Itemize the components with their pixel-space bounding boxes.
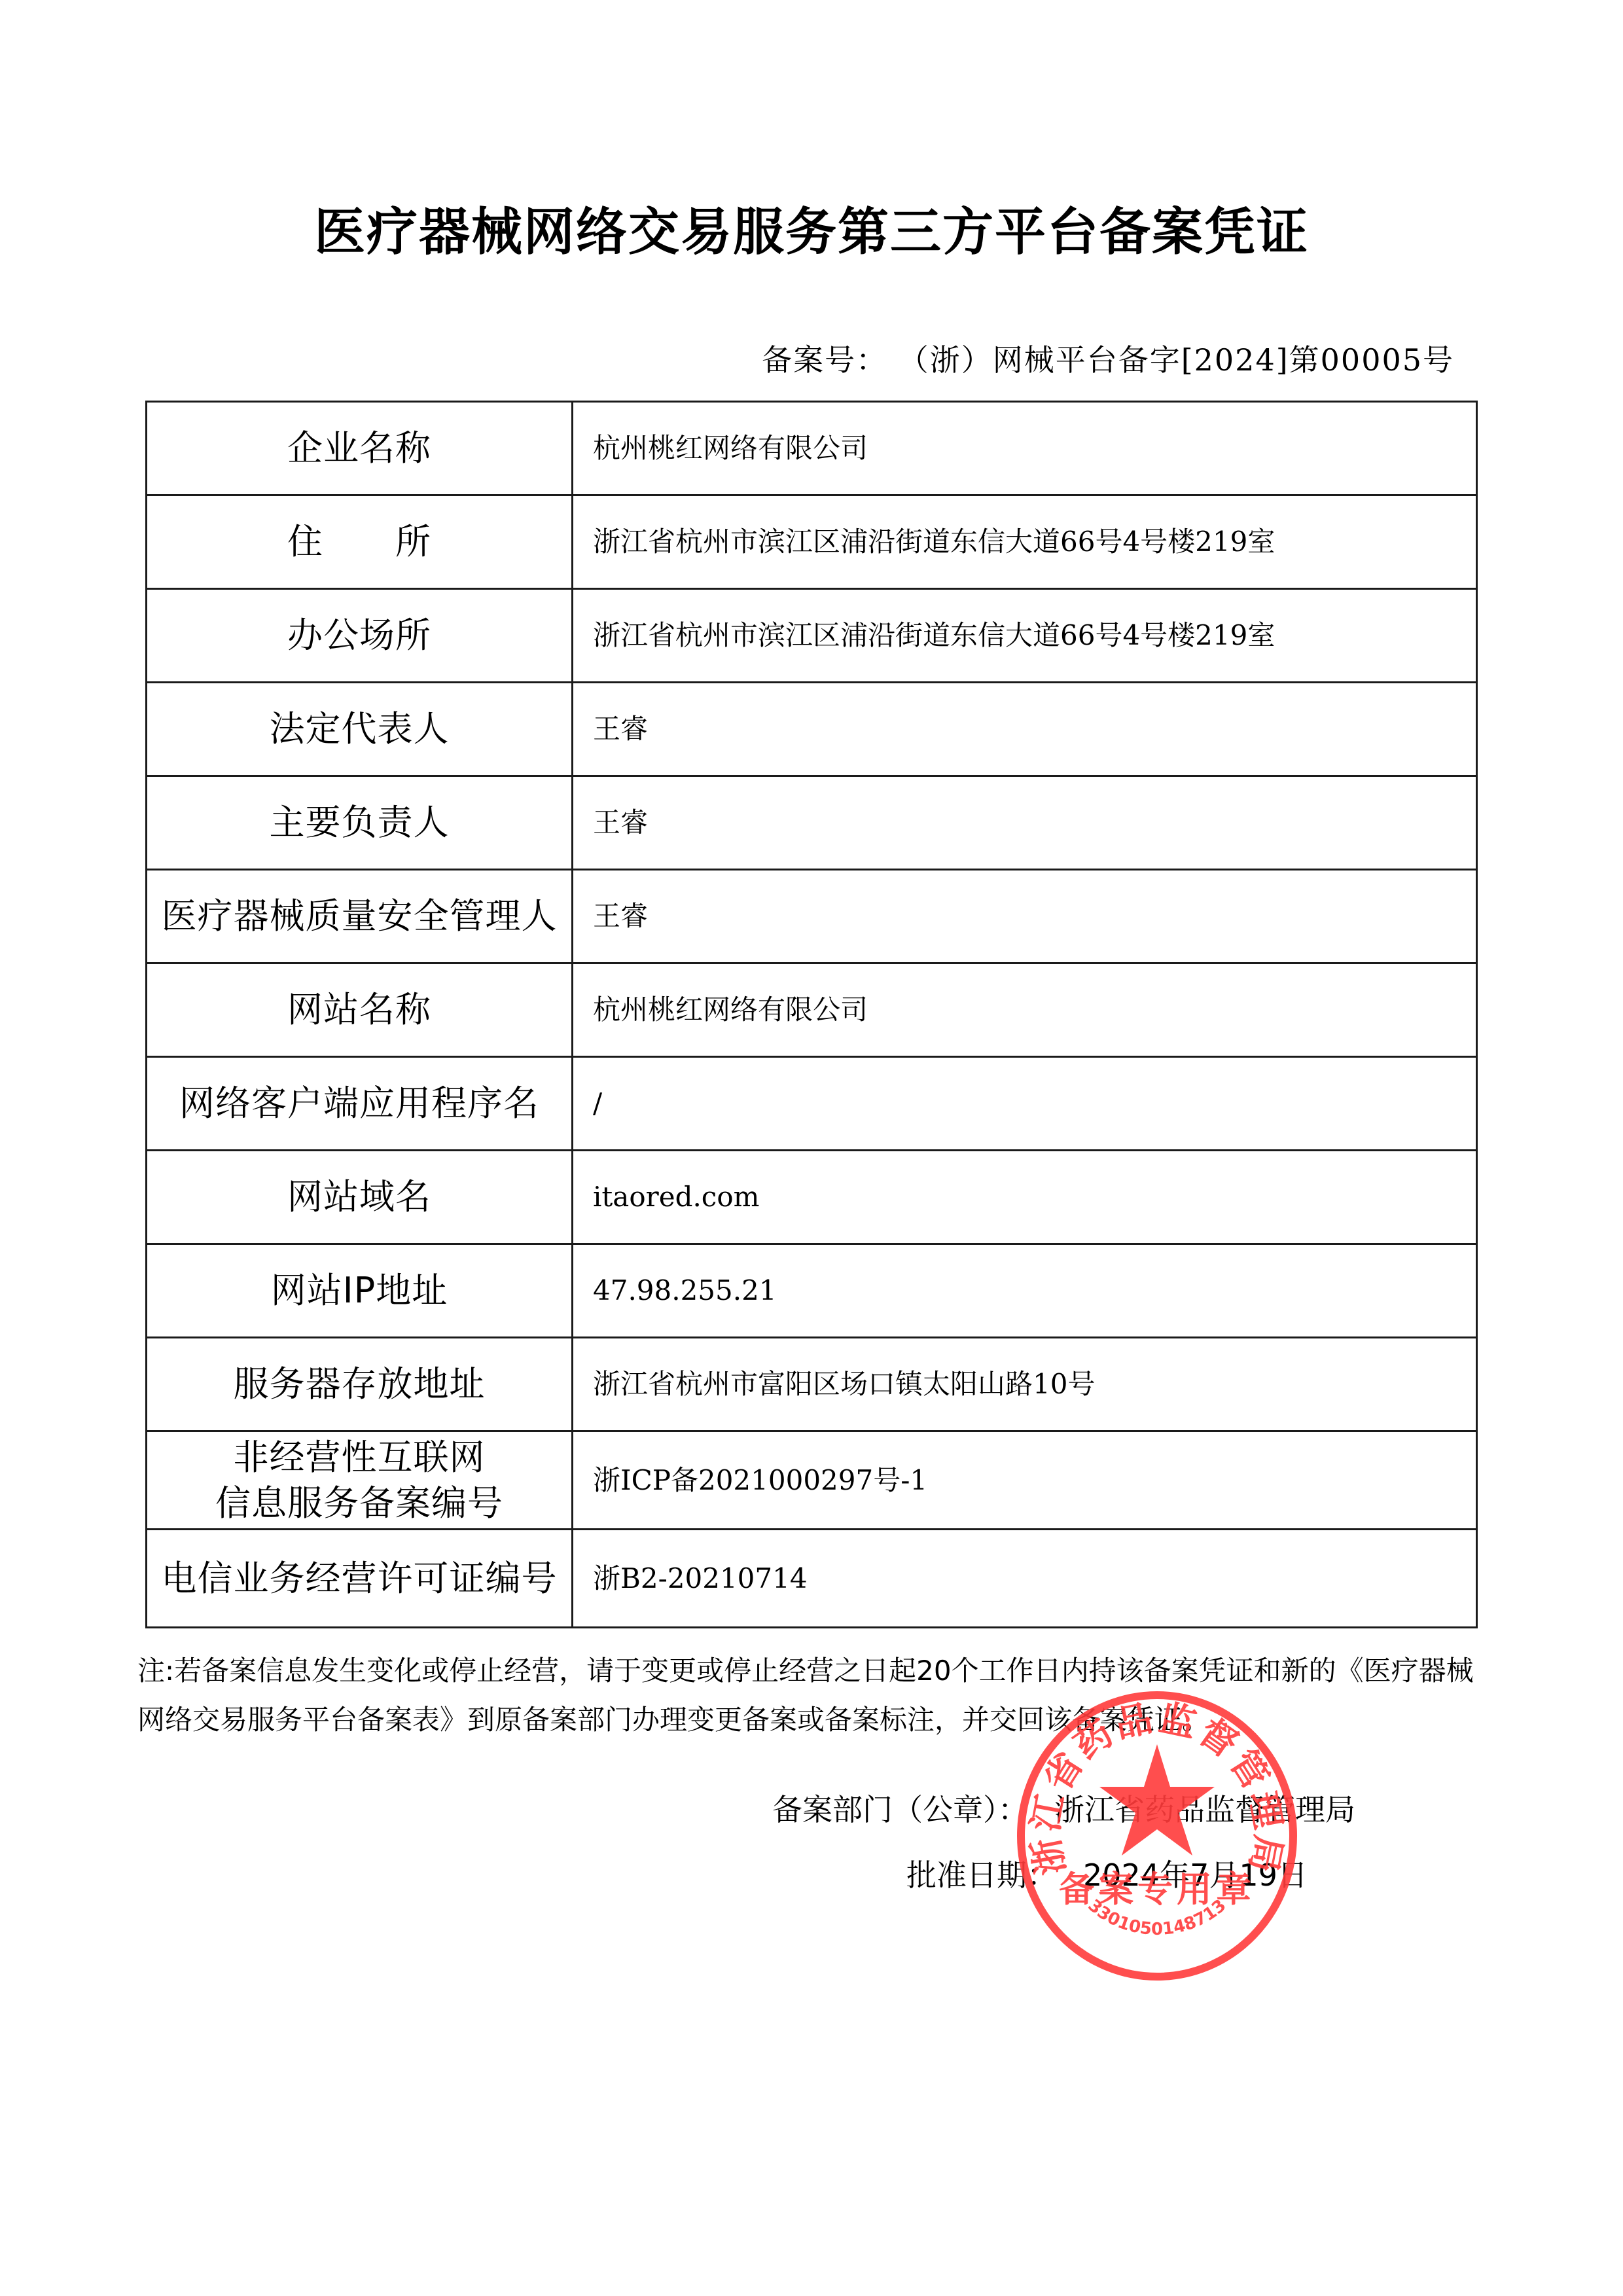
row-label: 网站域名 (147, 1151, 573, 1244)
row-value: 王睿 (573, 870, 1477, 963)
svg-text:3301050148713: 3301050148713 (1084, 1895, 1230, 1939)
row-value: itaored.com (573, 1151, 1477, 1244)
record-info-table: 企业名称 杭州桃红网络有限公司 住 所 浙江省杭州市滨江区浦沿街道东信大道66号… (145, 401, 1478, 1628)
record-number-value: （浙）网械平台备字[2024]第00005号 (899, 342, 1454, 378)
table-row-legal-representative: 法定代表人 王睿 (147, 683, 1477, 776)
table-row-client-app-name: 网络客户端应用程序名 / (147, 1057, 1477, 1151)
row-label-line1: 非经营性互联网 (147, 1435, 571, 1480)
row-label: 服务器存放地址 (147, 1338, 573, 1431)
table-row-ip-address: 网站IP地址 47.98.255.21 (147, 1244, 1477, 1338)
row-label: 网络客户端应用程序名 (147, 1057, 573, 1151)
row-value: 浙ICP备2021000297号-1 (573, 1431, 1477, 1530)
footnote: 注:若备案信息发生变化或停止经营，请于变更或停止经营之日起20个工作日内持该备案… (137, 1646, 1486, 1744)
approval-date-label: 批准日期： (906, 1857, 1057, 1893)
table-row-icp-number: 非经营性互联网 信息服务备案编号 浙ICP备2021000297号-1 (147, 1431, 1477, 1530)
row-value: 浙江省杭州市富阳区场口镇太阳山路10号 (573, 1338, 1477, 1431)
row-value: 47.98.255.21 (573, 1244, 1477, 1338)
row-label: 住 所 (147, 495, 573, 589)
row-value: 王睿 (573, 776, 1477, 870)
document-title: 医疗器械网络交易服务第三方平台备案凭证 (0, 196, 1623, 268)
row-label: 法定代表人 (147, 683, 573, 776)
table-row-office-address: 办公场所 浙江省杭州市滨江区浦沿街道东信大道66号4号楼219室 (147, 589, 1477, 683)
row-label: 企业名称 (147, 402, 573, 495)
table-row-domicile: 住 所 浙江省杭州市滨江区浦沿街道东信大道66号4号楼219室 (147, 495, 1477, 589)
row-label: 网站名称 (147, 963, 573, 1057)
row-value: 浙B2-20210714 (573, 1530, 1477, 1628)
filing-department-label: 备案部门（公章）： (772, 1792, 1028, 1827)
record-number-label: 备案号： (762, 342, 887, 378)
row-label: 电信业务经营许可证编号 (147, 1530, 573, 1628)
row-value: 浙江省杭州市滨江区浦沿街道东信大道66号4号楼219室 (573, 589, 1477, 683)
row-label: 医疗器械质量安全管理人 (147, 870, 573, 963)
filing-department-value: 浙江省药品监督管理局 (1054, 1792, 1355, 1827)
table-row-quality-manager: 医疗器械质量安全管理人 王睿 (147, 870, 1477, 963)
row-value: 杭州桃红网络有限公司 (573, 402, 1477, 495)
table-row-domain: 网站域名 itaored.com (147, 1151, 1477, 1244)
row-label: 网站IP地址 (147, 1244, 573, 1338)
approval-date-value: 2024年7月19日 (1083, 1857, 1308, 1893)
row-label: 办公场所 (147, 589, 573, 683)
row-value: / (573, 1057, 1477, 1151)
table-row-telecom-license: 电信业务经营许可证编号 浙B2-20210714 (147, 1530, 1477, 1628)
record-number: 备案号： （浙）网械平台备字[2024]第00005号 (762, 337, 1454, 383)
table-row-website-name: 网站名称 杭州桃红网络有限公司 (147, 963, 1477, 1057)
row-value: 王睿 (573, 683, 1477, 776)
row-label: 主要负责人 (147, 776, 573, 870)
row-value: 杭州桃红网络有限公司 (573, 963, 1477, 1057)
table-row-server-location: 服务器存放地址 浙江省杭州市富阳区场口镇太阳山路10号 (147, 1338, 1477, 1431)
approval-date: 批准日期：2024年7月19日 (906, 1852, 1308, 1898)
table-row-principal: 主要负责人 王睿 (147, 776, 1477, 870)
row-value: 浙江省杭州市滨江区浦沿街道东信大道66号4号楼219室 (573, 495, 1477, 589)
row-label-line2: 信息服务备案编号 (147, 1480, 571, 1526)
row-label: 非经营性互联网 信息服务备案编号 (147, 1431, 573, 1530)
filing-department: 备案部门（公章）：浙江省药品监督管理局 (772, 1787, 1355, 1833)
table-row-company-name: 企业名称 杭州桃红网络有限公司 (147, 402, 1477, 495)
